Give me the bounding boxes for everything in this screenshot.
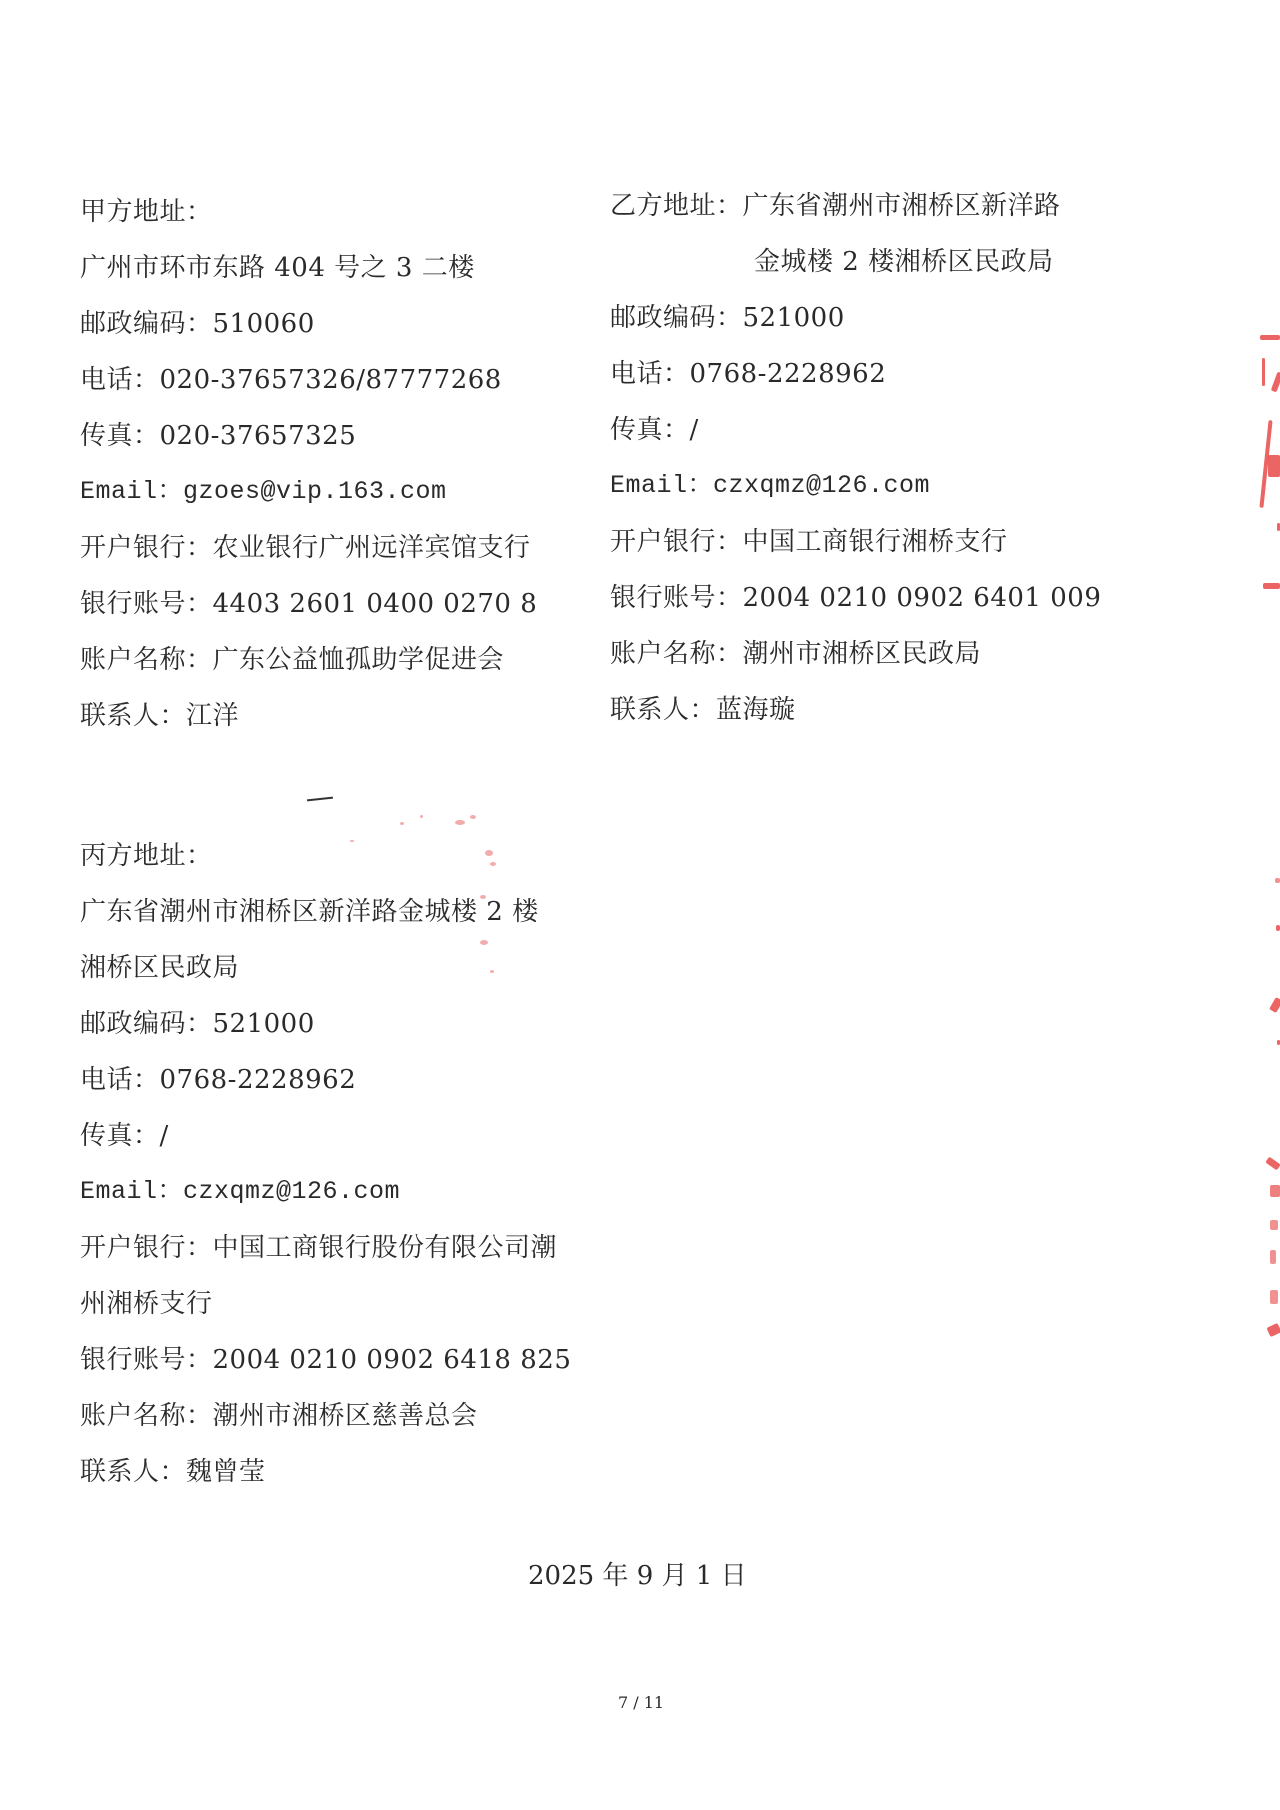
party-c-bank-line1: 开户银行：中国工商银行股份有限公司潮 xyxy=(80,1232,557,1264)
party-a-address-label: 甲方地址： xyxy=(80,196,213,228)
party-c-bank-line2: 州湘桥支行 xyxy=(80,1288,213,1320)
party-a-fax: 传真：020-37657325 xyxy=(80,420,356,452)
party-b-account-number: 银行账号：2004 0210 0902 6401 009 xyxy=(610,582,1101,614)
party-c-account-number: 银行账号：2004 0210 0902 6418 825 xyxy=(80,1344,571,1376)
page-number: 7 / 11 xyxy=(618,1693,664,1713)
party-b-email: Email：czxqmz@126.com xyxy=(610,470,930,502)
party-b-bank: 开户银行：中国工商银行湘桥支行 xyxy=(610,526,1008,558)
party-b-address-line1: 乙方地址：广东省潮州市湘桥区新洋路 xyxy=(610,190,1061,222)
party-c-email: Email：czxqmz@126.com xyxy=(80,1176,400,1208)
party-c-fax: 传真：/ xyxy=(80,1120,169,1152)
party-a-account-name: 账户名称：广东公益恤孤助学促进会 xyxy=(80,644,504,676)
party-a-phone: 电话：020-37657326/87777268 xyxy=(80,364,502,396)
party-a-account-number: 银行账号：4403 2601 0400 0270 8 xyxy=(80,588,537,620)
party-a-contact: 联系人：江洋 xyxy=(80,700,239,732)
pen-mark xyxy=(307,797,333,802)
party-a-postcode: 邮政编码：510060 xyxy=(80,308,315,340)
party-b-phone: 电话：0768-2228962 xyxy=(610,358,886,390)
party-a-email: Email：gzoes@vip.163.com xyxy=(80,476,447,508)
party-a-address: 广州市环市东路 404 号之 3 二楼 xyxy=(80,252,475,284)
party-b-contact: 联系人：蓝海璇 xyxy=(610,694,796,726)
party-b-fax: 传真：/ xyxy=(610,414,699,446)
party-c-address-line1: 广东省潮州市湘桥区新洋路金城楼 2 楼 xyxy=(80,896,539,928)
party-c-postcode: 邮政编码：521000 xyxy=(80,1008,315,1040)
party-b-account-name: 账户名称：潮州市湘桥区民政局 xyxy=(610,638,981,670)
party-c-address-label: 丙方地址： xyxy=(80,840,213,872)
party-b-address-line2: 金城楼 2 楼湘桥区民政局 xyxy=(754,246,1054,278)
party-a-bank: 开户银行：农业银行广州远洋宾馆支行 xyxy=(80,532,531,564)
party-c-contact: 联系人：魏曾莹 xyxy=(80,1456,266,1488)
party-c-account-name: 账户名称：潮州市湘桥区慈善总会 xyxy=(80,1400,478,1432)
party-b-postcode: 邮政编码：521000 xyxy=(610,302,845,334)
signing-date: 2025 年 9 月 1 日 xyxy=(528,1560,747,1592)
party-c-address-line2: 湘桥区民政局 xyxy=(80,952,239,984)
party-c-phone: 电话：0768-2228962 xyxy=(80,1064,356,1096)
